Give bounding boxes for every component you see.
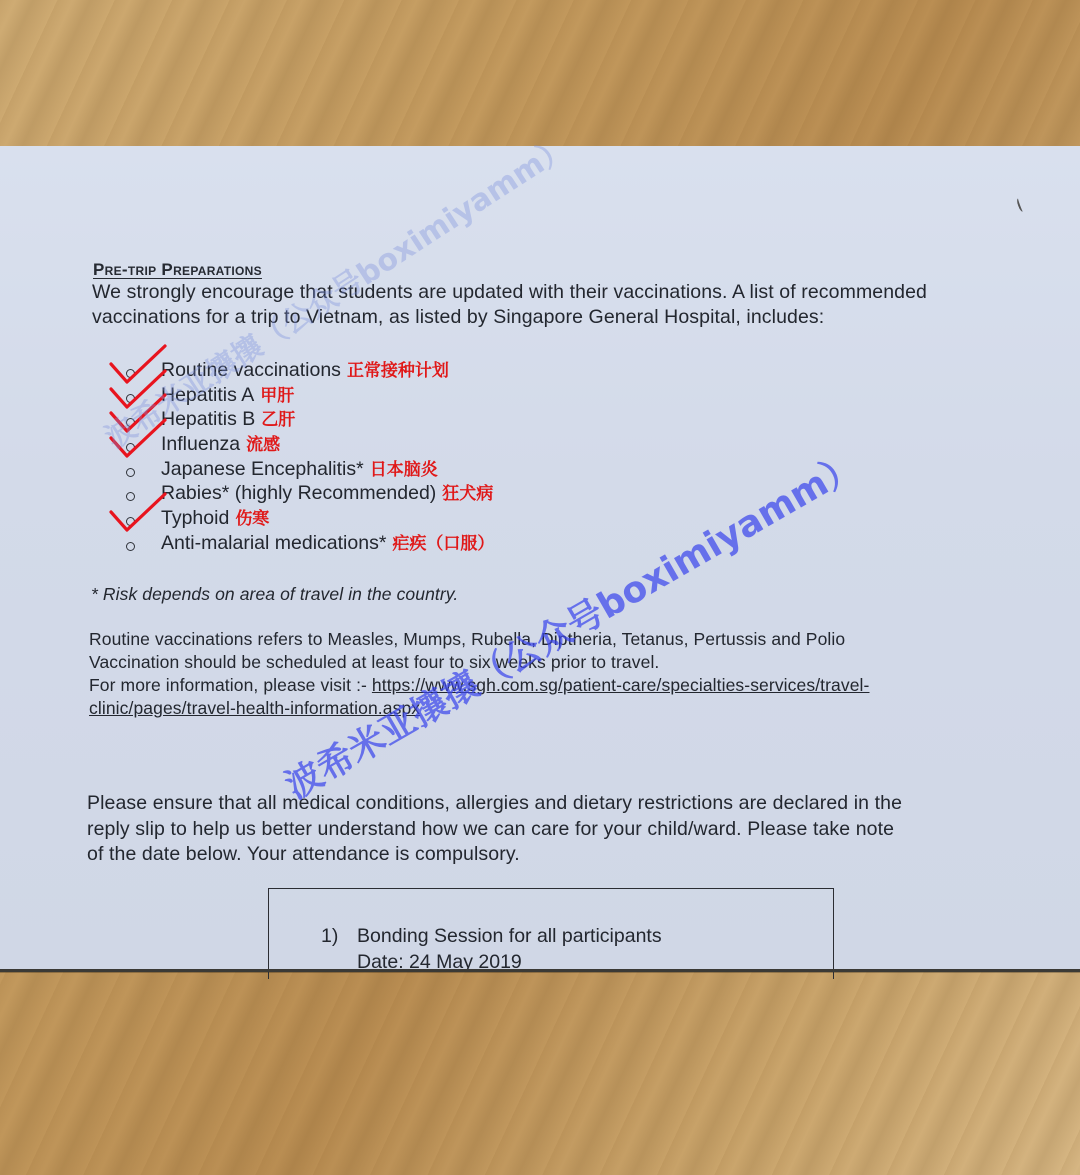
visit-label: For more information, please visit :- [89, 675, 372, 695]
notice-line: Please ensure that all medical condition… [87, 791, 902, 817]
vaccination-label: Rabies* (highly Recommended)狂犬病 [161, 481, 493, 506]
vaccination-name: Anti-malarial medications* [161, 532, 386, 554]
vaccination-name: Hepatitis B [161, 408, 255, 430]
red-checkmark-icon [109, 492, 169, 534]
routine-info-line: clinic/pages/travel-health-information.a… [89, 697, 869, 720]
intro-line: We strongly encourage that students are … [92, 280, 927, 305]
session-number: 1) [321, 925, 338, 948]
vaccination-name: Influenza [161, 433, 240, 455]
intro-line: vaccinations for a trip to Vietnam, as l… [92, 305, 927, 330]
sgh-link-continued[interactable]: clinic/pages/travel-health-information.a… [89, 698, 420, 718]
chinese-annotation: 正常接种计划 [347, 361, 449, 380]
vaccination-name: Typhoid [161, 507, 229, 529]
bullet-circle-icon [126, 468, 135, 477]
vaccination-label: Influenza流感 [161, 432, 280, 457]
chinese-annotation: 流感 [246, 435, 280, 454]
vaccination-name: Rabies* (highly Recommended) [161, 482, 436, 504]
vaccination-label: Routine vaccinations正常接种计划 [161, 358, 449, 383]
session-date: Date: 24 May 2019 [357, 951, 522, 974]
routine-info-line: Vaccination should be scheduled at least… [89, 651, 869, 674]
chinese-annotation: 狂犬病 [442, 484, 493, 503]
notice-line: reply slip to help us better understand … [87, 817, 902, 843]
vaccination-name: Japanese Encephalitis* [161, 458, 364, 480]
vaccination-label: Hepatitis B乙肝 [161, 407, 295, 432]
session-title: Bonding Session for all participants [357, 925, 662, 948]
bullet-circle-icon [126, 542, 135, 551]
session-box: 1) Bonding Session for all participants … [268, 888, 834, 979]
chinese-annotation: 疟疾（口服） [392, 534, 494, 553]
chinese-annotation: 伤寒 [235, 509, 269, 528]
vaccination-label: Japanese Encephalitis*日本脑炎 [161, 457, 438, 482]
intro-paragraph: We strongly encourage that students are … [92, 280, 927, 330]
vaccination-label: Typhoid伤寒 [161, 506, 269, 531]
routine-info-line: Routine vaccinations refers to Measles, … [89, 628, 869, 651]
risk-footnote: * Risk depends on area of travel in the … [91, 584, 458, 605]
routine-info-paragraph: Routine vaccinations refers to Measles, … [89, 628, 869, 720]
chinese-annotation: 甲肝 [260, 386, 294, 405]
pen-mark [1016, 198, 1025, 213]
routine-info-line: For more information, please visit :- ht… [89, 674, 869, 697]
document-paper: Pre-trip Preparations We strongly encour… [0, 146, 1080, 972]
vaccination-name: Hepatitis A [161, 384, 254, 406]
notice-line: of the date below. Your attendance is co… [87, 842, 902, 868]
red-checkmark-icon [109, 418, 169, 460]
vaccination-label: Hepatitis A甲肝 [161, 383, 294, 408]
notice-paragraph: Please ensure that all medical condition… [87, 791, 902, 868]
chinese-annotation: 乙肝 [261, 410, 295, 429]
vaccination-label: Anti-malarial medications*疟疾（口服） [161, 531, 494, 556]
section-heading: Pre-trip Preparations [93, 260, 262, 280]
vaccination-name: Routine vaccinations [161, 359, 341, 381]
chinese-annotation: 日本脑炎 [370, 460, 438, 479]
sgh-link[interactable]: https://www.sgh.com.sg/patient-care/spec… [372, 675, 870, 695]
